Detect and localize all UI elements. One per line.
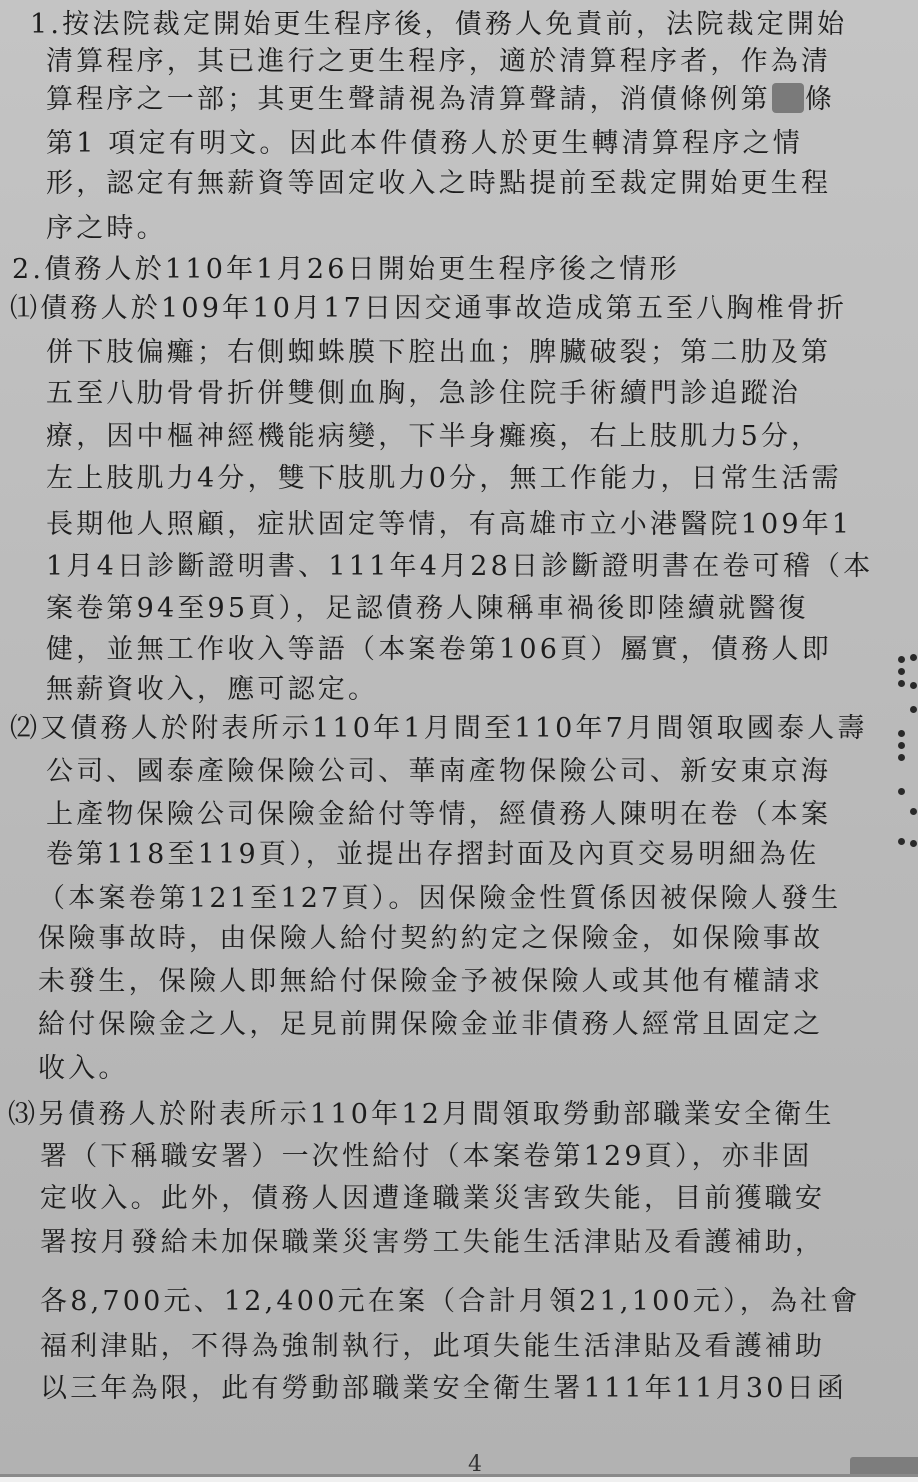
text-line: 療，因中樞神經機能病變，下半身癱瘓，右上肢肌力5分，	[46, 420, 821, 454]
text-line: 未發生，保險人即無給付保險金予被保險人或其他有權請求	[38, 965, 823, 999]
text-line: 收入。	[38, 1052, 129, 1086]
text-line: 1.按法院裁定開始更生程序後，債務人免責前，法院裁定開始	[30, 8, 847, 42]
text-line: 長期他人照顧，症狀固定等情，有高雄市立小港醫院109年1	[46, 508, 852, 542]
text-line: 保險事故時，由保險人給付契約約定之保險金，如保險事故	[38, 922, 823, 956]
binding-marks	[896, 650, 918, 850]
text-line: ⑴債務人於109年10月17日因交通事故造成第五至八胸椎骨折	[10, 292, 847, 326]
text-line: 形，認定有無薪資等固定收入之時點提前至裁定開始更生程	[46, 167, 831, 201]
text-line: 各8,700元、12,400元在案（合計月領21,100元），為社會	[40, 1285, 861, 1319]
text-line: 給付保險金之人，足見前開保險金並非債務人經常且固定之	[38, 1008, 823, 1042]
section-heading: 2.債務人於110年1月26日開始更生程序後之情形	[12, 253, 680, 287]
text-line: 卷第118至119頁），並提出存摺封面及內頁交易明細為佐	[46, 838, 819, 872]
text-line: ⑵又債務人於附表所示110年1月間至110年7月間領取國泰人壽	[10, 712, 868, 746]
text-line: 上產物保險公司保險金給付等情，經債務人陳明在卷（本案	[46, 798, 831, 832]
text-line: 併下肢偏癱；右側蜘蛛膜下腔出血；脾臟破裂；第二肋及第	[46, 336, 831, 370]
redaction-box	[772, 83, 804, 113]
text-line: 健，並無工作收入等語（本案卷第106頁）屬實，債務人即	[46, 633, 832, 667]
text-segment: 算程序之一部；其更生聲請視為清算聲請，消債條例第	[46, 84, 771, 115]
text-line: 以三年為限，此有勞動部職業安全衛生署111年11月30日函	[40, 1372, 847, 1406]
text-line: ⑶另債務人於附表所示110年12月間領取勞動部職業安全衛生	[8, 1098, 835, 1132]
page-bottom-margin	[0, 1477, 918, 1482]
text-line: 左上肢肌力4分，雙下肢肌力0分，無工作能力，日常生活需	[46, 462, 842, 496]
text-line: 署按月發給未加保職業災害勞工失能生活津貼及看護補助，	[40, 1226, 825, 1260]
scanned-document-page: 1.按法院裁定開始更生程序後，債務人免責前，法院裁定開始 清算程序，其已進行之更…	[0, 0, 918, 1482]
text-line: 算程序之一部；其更生聲請視為清算聲請，消債條例第條	[46, 83, 835, 117]
text-line: 福利津貼，不得為強制執行，此項失能生活津貼及看護補助	[40, 1330, 825, 1364]
text-line: 1月4日診斷證明書、111年4月28日診斷證明書在卷可稽（本	[46, 550, 873, 584]
text-line: 序之時。	[46, 212, 167, 246]
text-line: （本案卷第121至127頁）。因保險金性質係因被保險人發生	[38, 882, 841, 916]
text-line: 無薪資收入，應可認定。	[46, 673, 378, 707]
text-line: 第1 項定有明文。因此本件債務人於更生轉清算程序之情	[46, 127, 803, 161]
text-line: 定收入。此外，債務人因遭逢職業災害致失能，目前獲職安	[40, 1182, 825, 1216]
text-line: 公司、國泰產險保險公司、華南產物保險公司、新安東京海	[46, 755, 831, 789]
text-line: 署（下稱職安署）一次性給付（本案卷第129頁），亦非固	[40, 1140, 812, 1174]
text-line: 五至八肋骨骨折併雙側血胸，急診住院手術續門診追蹤治	[46, 377, 801, 411]
text-line: 案卷第94至95頁），足認債務人陳稱車禍後即陸續就醫復	[46, 592, 809, 626]
text-line: 清算程序，其已進行之更生程序，適於清算程序者，作為清	[46, 45, 831, 79]
text-segment: 條	[805, 84, 835, 115]
